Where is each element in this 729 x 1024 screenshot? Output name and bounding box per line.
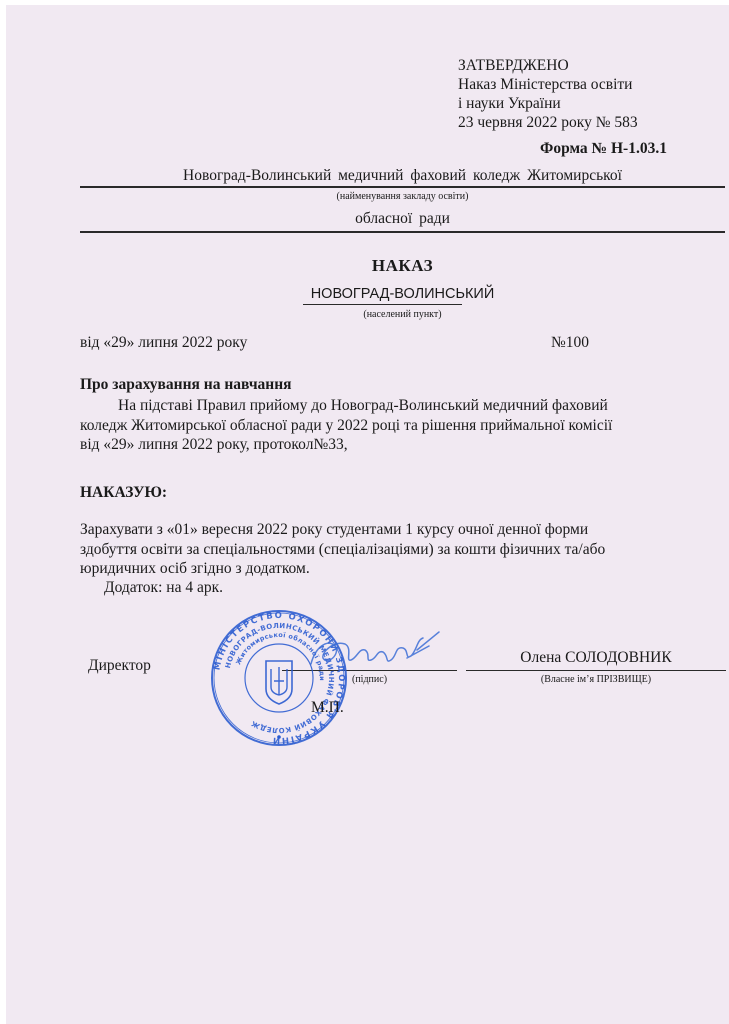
name-caption: (Власне ім’я ПРІЗВИЩЕ) <box>466 674 726 685</box>
basis-line: від «29» липня 2022 року, протокол№33, <box>80 435 690 455</box>
signer-position: Директор <box>88 657 151 675</box>
document-title: НАКАЗ <box>80 256 725 276</box>
document-date: від «29» липня 2022 року <box>80 334 247 352</box>
order-paragraph: Зарахувати з «01» вересня 2022 року студ… <box>80 520 605 579</box>
institution-name-line1: Новоград-Волинський медичний фаховий кол… <box>80 167 725 185</box>
city-caption: (населений пункт) <box>80 309 725 320</box>
order-line: здобуття освіти за спеціальностями (спец… <box>80 540 605 560</box>
document-number: №100 <box>551 334 589 352</box>
handwritten-signature <box>305 628 445 674</box>
approval-line: і науки України <box>458 94 638 113</box>
form-number: Форма № Н-1.03.1 <box>540 140 667 158</box>
basis-line: На підставі Правил прийому до Новоград-В… <box>80 396 690 416</box>
approval-line: ЗАТВЕРДЖЕНО <box>458 56 638 75</box>
signer-name: Олена СОЛОДОВНИК <box>466 649 726 667</box>
basis-line: коледж Житомирської обласної ради у 2022… <box>80 416 690 436</box>
appendix-note: Додаток: на 4 арк. <box>104 579 223 597</box>
trident-emblem-icon <box>266 661 292 704</box>
institution-caption: (найменування закладу освіти) <box>80 191 725 202</box>
order-line: Зарахувати з «01» вересня 2022 року студ… <box>80 520 605 540</box>
approval-block: ЗАТВЕРДЖЕНО Наказ Міністерства освіти і … <box>458 56 638 132</box>
approval-line: 23 червня 2022 року № 583 <box>458 113 638 132</box>
approval-line: Наказ Міністерства освіти <box>458 75 638 94</box>
institution-name-line2: обласної ради <box>80 210 725 228</box>
subject-heading: Про зарахування на навчання <box>80 376 292 394</box>
divider <box>80 186 725 188</box>
decree-heading: НАКАЗУЮ: <box>80 484 167 502</box>
order-line: юридичних осіб згідно з додатком. <box>80 559 605 579</box>
divider <box>80 231 725 233</box>
seal-label: М.П. <box>311 699 344 717</box>
name-line <box>466 670 726 671</box>
city: НОВОГРАД-ВОЛИНСЬКИЙ <box>80 286 725 302</box>
divider <box>303 304 462 305</box>
signature-caption: (підпис) <box>352 674 387 685</box>
basis-paragraph: На підставі Правил прийому до Новоград-В… <box>80 396 690 455</box>
